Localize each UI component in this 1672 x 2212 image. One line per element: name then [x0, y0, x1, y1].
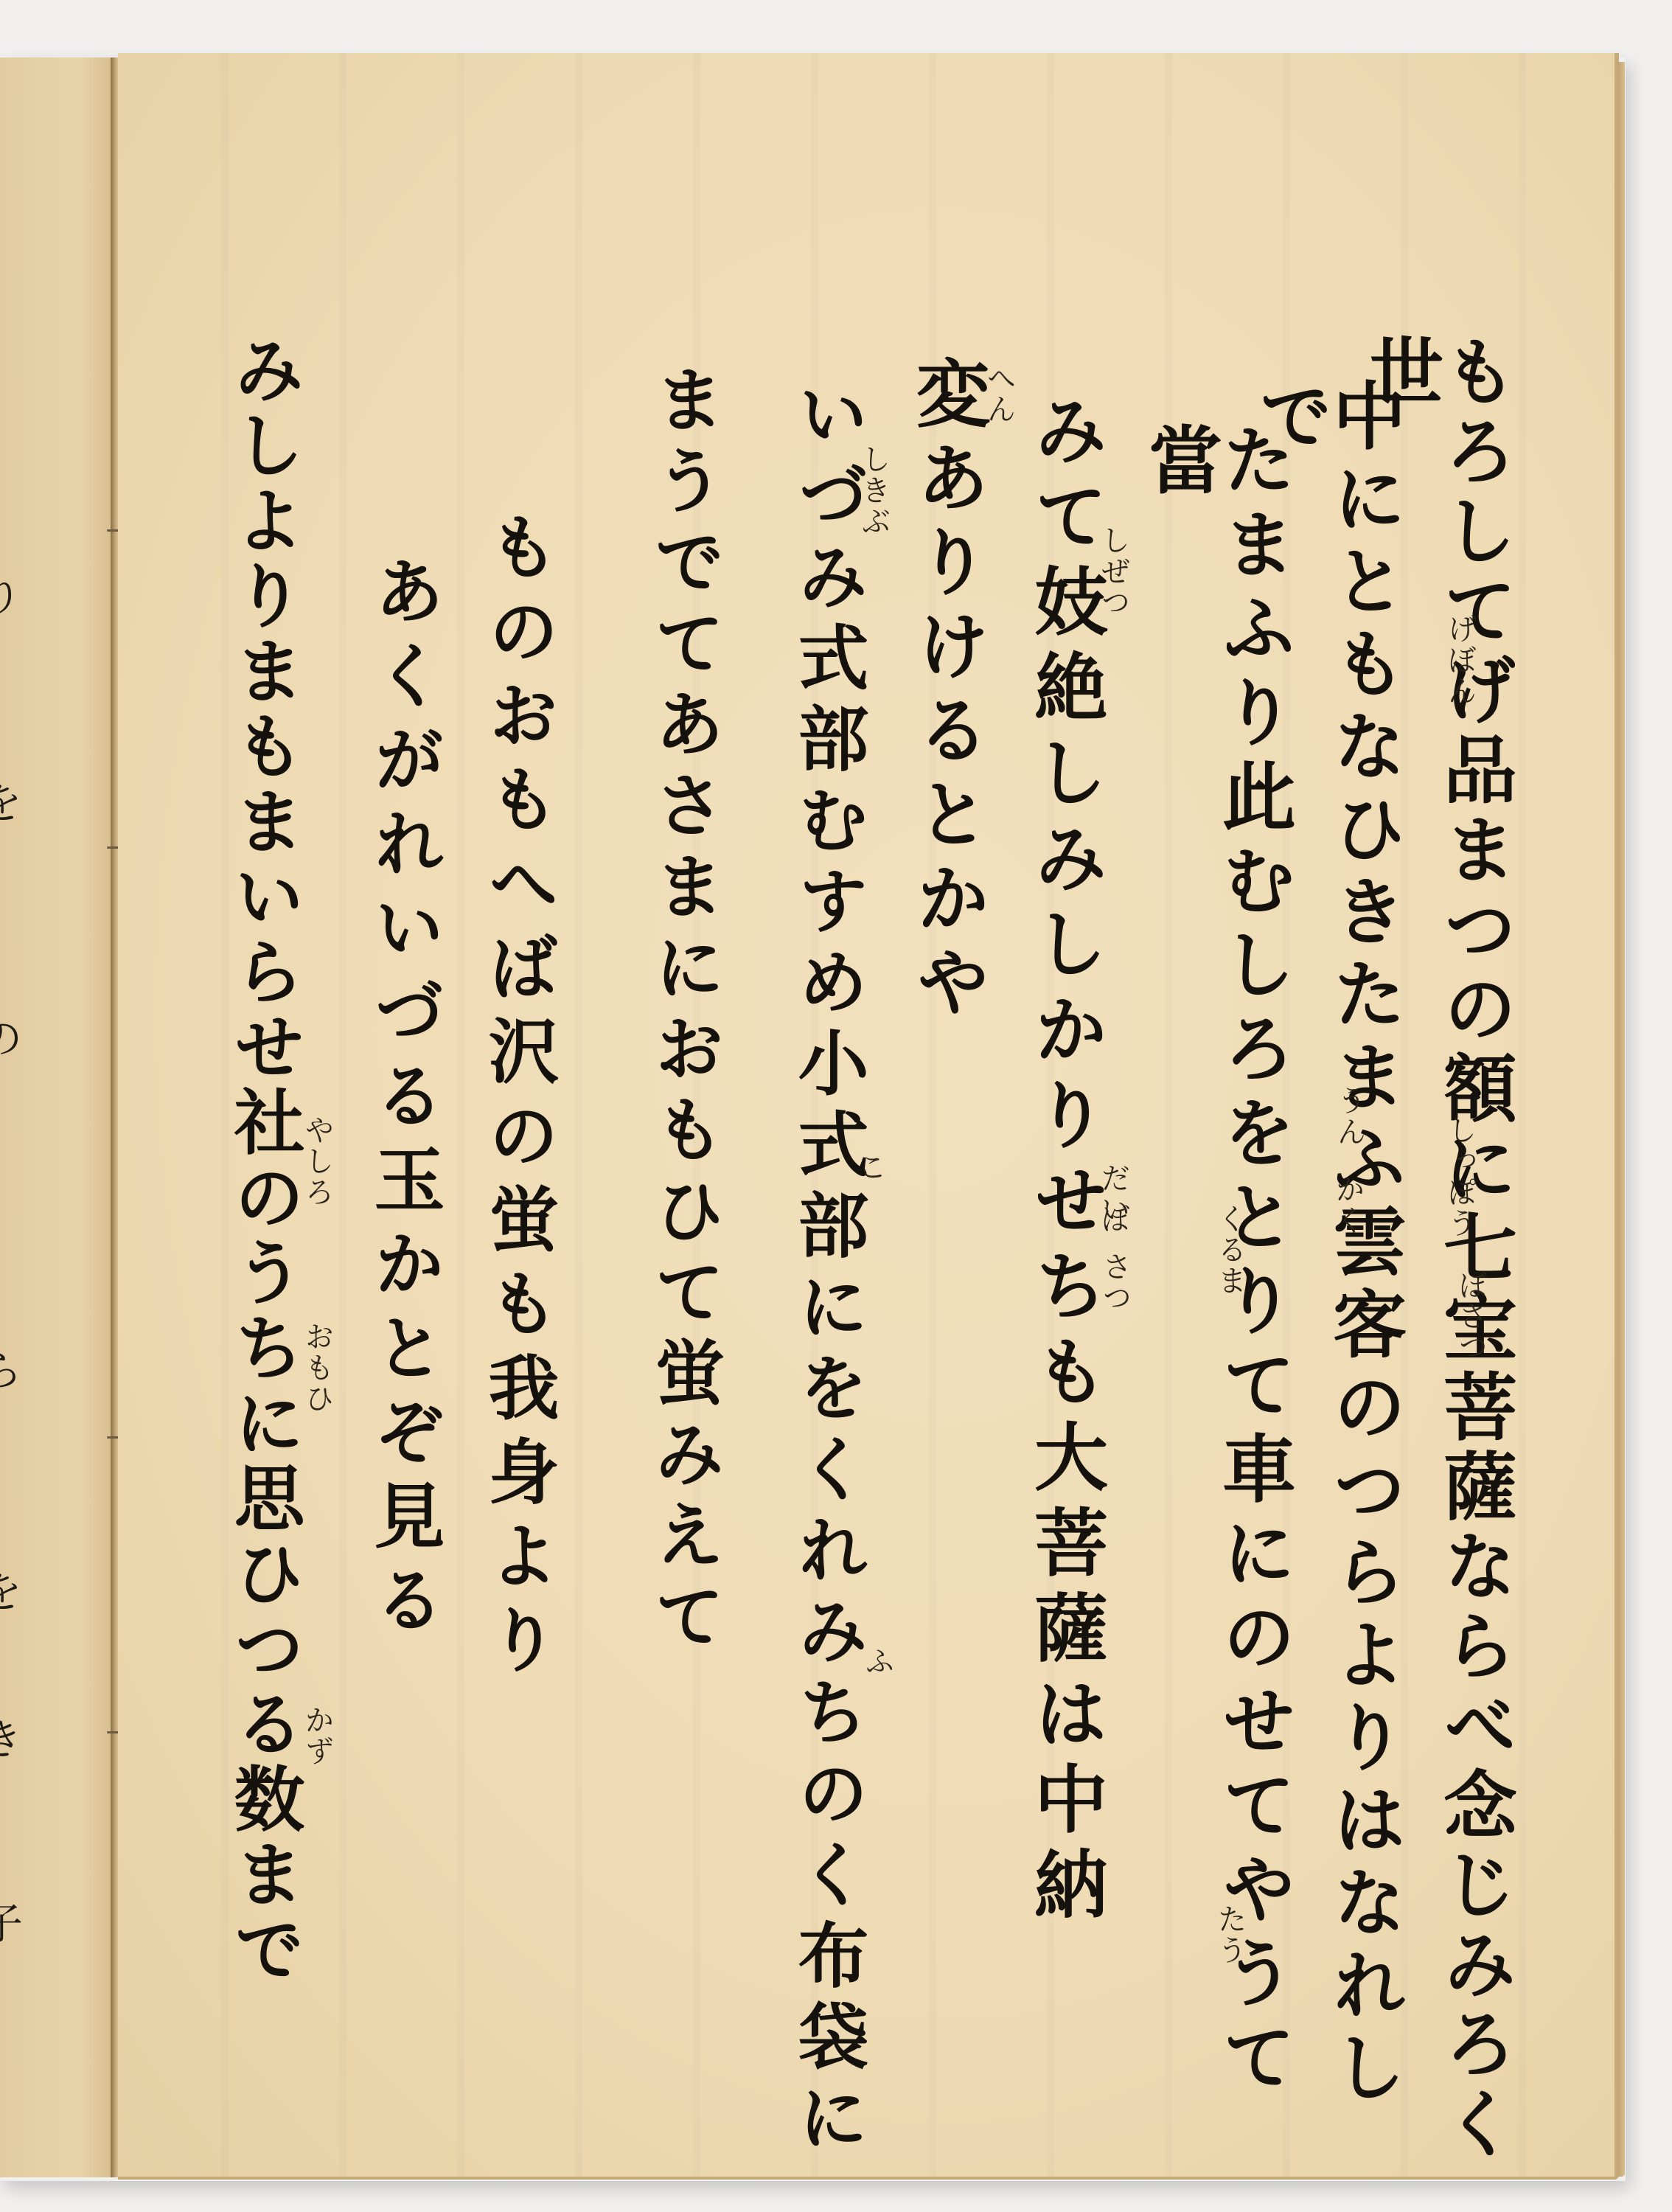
left-page-fragment: の — [0, 1016, 19, 1059]
ruby-shizetsu: しぜつ — [1098, 525, 1128, 618]
ruby-satsu: さつ — [1100, 1251, 1129, 1313]
poem-line-1: ものおもへば沢の蛍も我身より — [483, 510, 554, 1687]
ruby-kazu: かず — [302, 1705, 332, 1767]
left-page-fragment: ら — [0, 1348, 19, 1391]
page-edge — [1617, 62, 1625, 2177]
ruby-bo: ぼ — [1098, 1203, 1128, 1234]
right-page: もろしてげ品まつの額に七宝菩薩ならべ念じみろく世 げぼん しっぽう ぼさつ 中に… — [118, 53, 1619, 2180]
text-column-7: まうでてあさまにおもひて蛍みえて — [649, 363, 720, 1660]
ruby-fu: ふ — [863, 1646, 892, 1677]
ruby-tau: たう — [1215, 1904, 1244, 1966]
left-page-fragment: を — [0, 1569, 19, 1612]
ruby-shikibu: しきぶ — [859, 444, 888, 537]
ruby-gebon: げぼん — [1445, 613, 1474, 706]
left-page-fragment: き — [0, 1717, 19, 1759]
ruby-shippou: しっぽう — [1445, 1115, 1474, 1239]
left-page: り を の ら を き 子 — [0, 58, 114, 2177]
text-column-10: みしよりまもまいらせ社のうちに思ひつる数まで — [229, 333, 299, 1988]
left-page-fragment: り — [0, 574, 19, 616]
left-page-fragment: 子 — [0, 1901, 19, 1944]
ruby-un: うん — [1334, 1085, 1364, 1147]
text-column-6: いづみ式部むすめ小式部にをくれみちのく布袋に — [793, 378, 863, 2162]
ruby-yashiro: やしろ — [302, 1115, 332, 1208]
text-column-5: 変ありけるとかや — [910, 355, 984, 1028]
ruby-kuruma: くるま — [1215, 1203, 1244, 1296]
ruby-kaku: かく — [1333, 1174, 1362, 1236]
ruby-bosatsu: ぼさつ — [1456, 1270, 1485, 1363]
poem-line-2: あくがれいづる玉かとぞ見る — [369, 554, 439, 1647]
text-column-4: みて妓絶しみしかりせちも大菩薩は中納 — [1028, 392, 1102, 1932]
ruby-ko: こ — [855, 1152, 885, 1183]
ruby-omohi: おもひ — [302, 1321, 332, 1414]
left-page-fragment: を — [0, 780, 19, 823]
ruby-hen: へん — [984, 363, 1014, 425]
